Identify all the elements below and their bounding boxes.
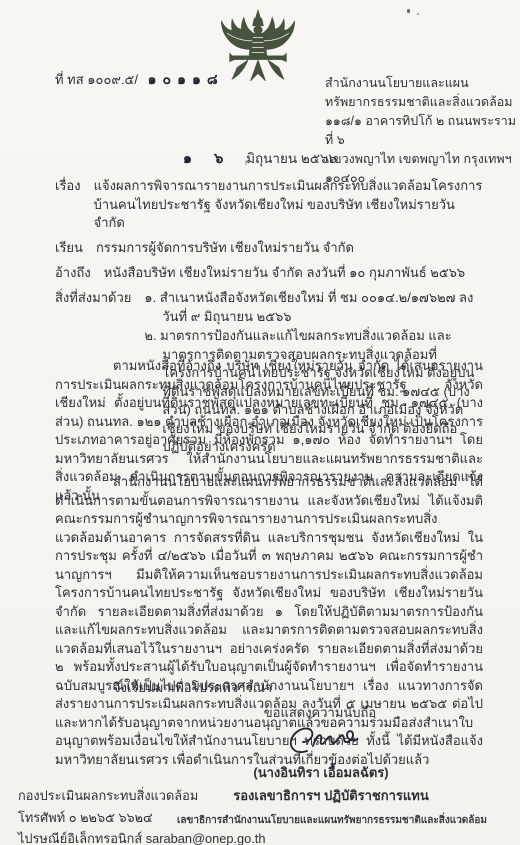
reference-label: อ้างถึง <box>55 264 91 283</box>
subject-text: แจ้งผลการพิจารณารายงานการประเมินผลกระทบส… <box>94 177 485 233</box>
agency-address-block: สำนักงานนโยบายและแผน ทรัพยากรธรรมชาติและ… <box>325 74 517 188</box>
scan-speck <box>417 13 419 15</box>
closing-line: จึงเรียนมาเพื่อโปรดพิจารณา <box>113 679 272 698</box>
footer-contact-block: กองประเมินผลกระทบสิ่งแวดล้อม โทรศัพท์ ๐ … <box>18 785 268 845</box>
document-number-prefix: ที่ ทส ๑๐๐๙.๕/ <box>55 72 138 87</box>
date-day-stamp: ๑ ๖ <box>183 151 232 167</box>
reference-text: หนังสือบริษัท เชียงใหม่รายวัน จำกัด ลงวั… <box>104 264 485 283</box>
addressee-label: เรียน <box>55 239 83 258</box>
subject-field: เรื่อง แจ้งผลการพิจารณารายงานการประเมินผ… <box>55 177 485 233</box>
document-number: ที่ ทส ๑๐๐๙.๕/ ๑๐๑๑๘ <box>55 70 224 90</box>
addressee-field: เรียน กรรมการผู้จัดการบริษัท เชียงใหม่รา… <box>55 239 485 258</box>
body-paragraph-2: สำนักงานนโยบายและแผนทรัพยากรธรรมชาติและส… <box>55 473 483 769</box>
date-month-year: มิถุนายน ๒๕๖๖ <box>246 151 337 166</box>
handwritten-signature-icon <box>281 719 361 765</box>
reference-field: อ้างถึง หนังสือบริษัท เชียงใหม่รายวัน จำ… <box>55 264 485 283</box>
agency-line: ๑๑๘/๑ อาคารทิปโก้ ๒ ถนนพระรามที่ ๖ <box>325 112 517 150</box>
garuda-emblem-icon <box>208 8 308 102</box>
signer-name: (นางอินทิรา เอื้อมลฉัตร) <box>225 764 417 783</box>
subject-label: เรื่อง <box>55 177 81 233</box>
footer-division: กองประเมินผลกระทบสิ่งแวดล้อม <box>18 785 268 807</box>
footer-phone: โทรศัพท์ ๐ ๒๒๖๕ ๖๖๒๔ <box>18 807 268 829</box>
enclosure-item: ๑. สำเนาหนังสือจังหวัดเชียงใหม่ ที่ ชม ๐… <box>144 289 485 326</box>
date-line: ๑ ๖ มิถุนายน ๒๕๖๖ <box>0 150 520 169</box>
official-letter-page: ที่ ทส ๑๐๐๙.๕/ ๑๐๑๑๘ <box>0 0 520 845</box>
agency-line: ทรัพยากรธรรมชาติและสิ่งแวดล้อม <box>325 93 517 112</box>
scan-speck <box>407 9 410 13</box>
footer-email: ไปรษณีย์อิเล็กทรอนิกส์ saraban@onep.go.t… <box>18 828 268 845</box>
agency-line: สำนักงานนโยบายและแผน <box>325 74 517 93</box>
addressee-text: กรรมการผู้จัดการบริษัท เชียงใหม่รายวัน จ… <box>96 239 485 258</box>
